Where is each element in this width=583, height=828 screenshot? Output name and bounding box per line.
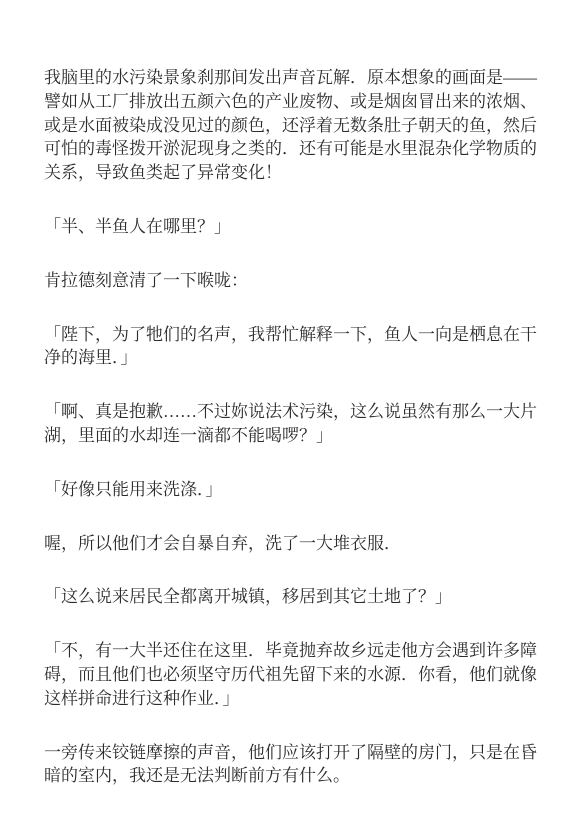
paragraph: 「好像只能用来洗涤．」 [44, 478, 539, 502]
paragraph: 「啊、真是抱歉……不过妳说法术污染，这么说虽然有那么一大片湖，里面的水却连一滴都… [44, 400, 539, 448]
document-page: 我脑里的水污染景象刹那间发出声音瓦解．原本想象的画面是——譬如从工厂排放出五颜六… [0, 0, 583, 828]
page-text: 我脑里的水污染景象刹那间发出声音瓦解．原本想象的画面是——譬如从工厂排放出五颜六… [0, 0, 583, 788]
paragraph: 肯拉德刻意清了一下喉咙： [44, 269, 539, 293]
paragraph: 「这么说来居民全都离开城镇，移居到其它土地了？」 [44, 585, 539, 609]
paragraph: 「不，有一大半还住在这里．毕竟抛弃故乡远走他方会遇到许多障碍，而且他们也必须坚守… [44, 639, 539, 710]
paragraph: 「陛下，为了牠们的名声，我帮忙解释一下，鱼人一向是栖息在干净的海里．」 [44, 323, 539, 371]
paragraph: 「半、半鱼人在哪里？」 [44, 215, 539, 239]
paragraph: 一旁传来铰链摩擦的声音，他们应该打开了隔壁的房门，只是在昏暗的室内，我还是无法判… [44, 741, 539, 789]
paragraph: 喔，所以他们才会自暴自弃，洗了一大堆衣服． [44, 532, 539, 556]
paragraph: 我脑里的水污染景象刹那间发出声音瓦解．原本想象的画面是——譬如从工厂排放出五颜六… [44, 66, 539, 185]
